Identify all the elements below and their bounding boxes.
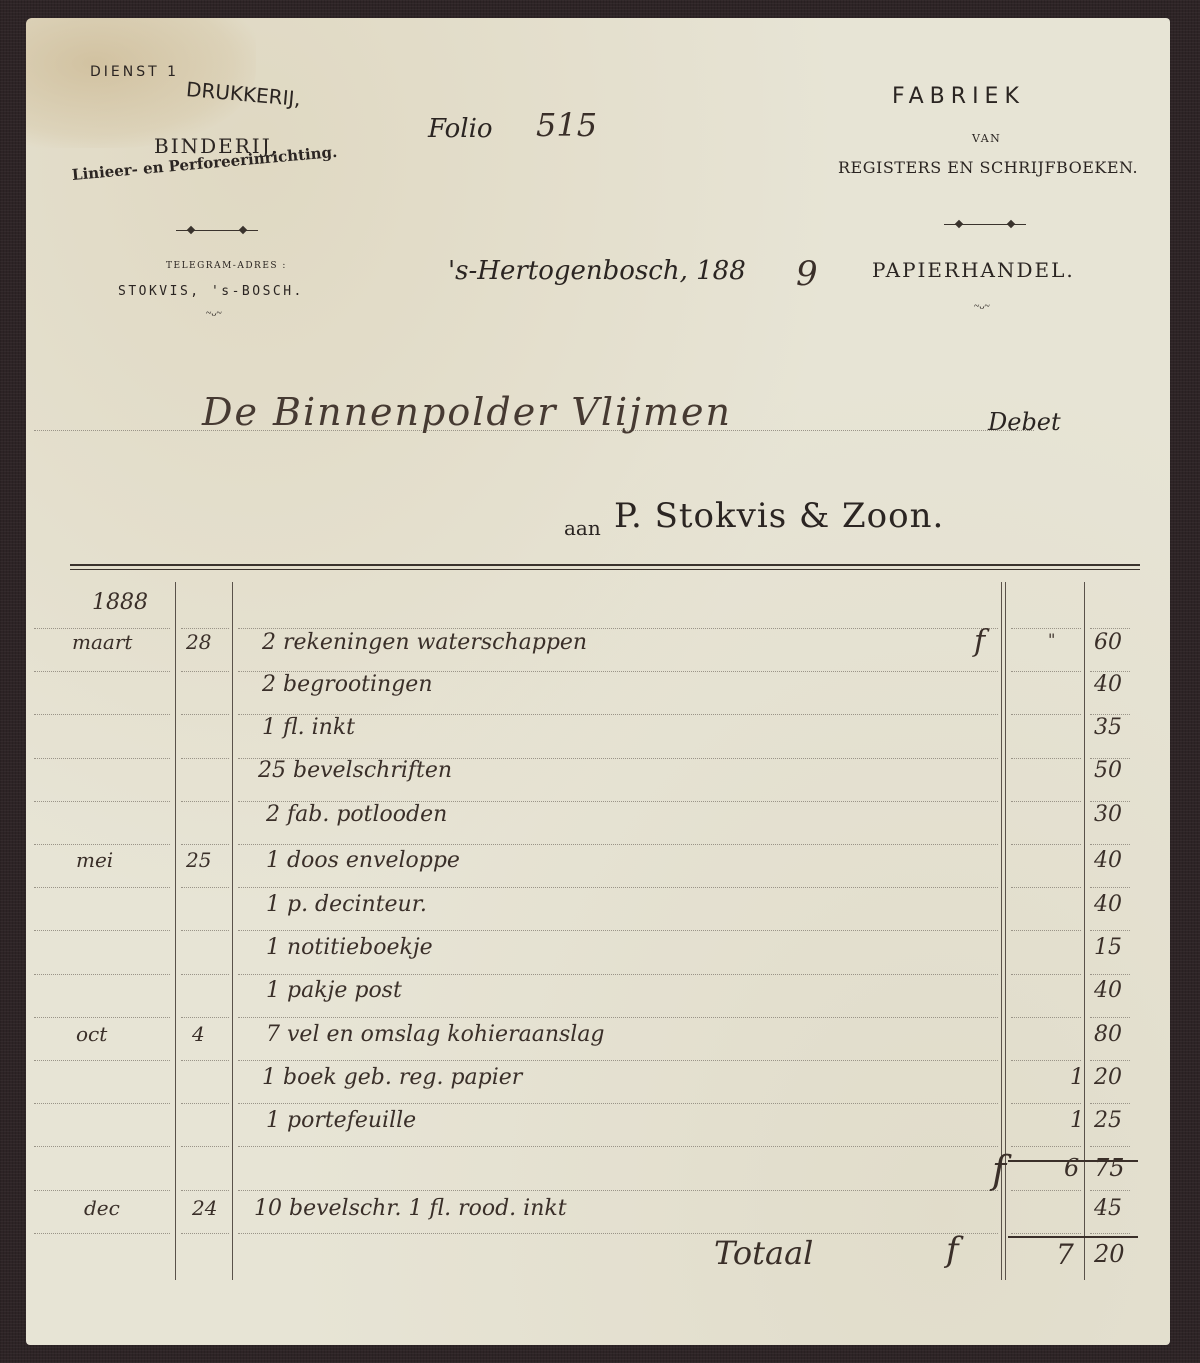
dotted-rule [34, 844, 170, 845]
dotted-rule [34, 1060, 170, 1061]
dotted-rule [181, 671, 229, 672]
dotted-rule [181, 844, 229, 845]
row-description: 1 portefeuille [266, 1108, 416, 1133]
row-month: dec [84, 1196, 120, 1220]
row-cents: 15 [1094, 935, 1122, 960]
total-currency: f [946, 1230, 959, 1270]
row-month: oct [76, 1022, 107, 1046]
row-day: 4 [192, 1022, 205, 1046]
dotted-rule [1011, 628, 1081, 629]
dotted-rule [1011, 1103, 1081, 1104]
row-guilders: 1 [1070, 1065, 1084, 1090]
row-cents: 40 [1094, 848, 1122, 873]
addressee-name: De Binnenpolder Vlijmen [202, 390, 732, 434]
dotted-rule [181, 1103, 229, 1104]
column-divider-cents [1084, 582, 1085, 1280]
row-guilders: 1 [1070, 1108, 1084, 1133]
row-cents: 40 [1094, 892, 1122, 917]
dotted-rule [181, 758, 229, 759]
row-cents: 60 [1094, 630, 1122, 655]
dotted-rule [1011, 1060, 1081, 1061]
dotted-rule [34, 671, 170, 672]
flourish-icon: ~ᴗ~ [974, 301, 990, 312]
ledger-year: 1888 [92, 590, 148, 615]
row-description: 2 begrootingen [262, 672, 433, 697]
dotted-rule [238, 930, 998, 931]
row-cents: 25 [1094, 1108, 1122, 1133]
row-cents: 30 [1094, 802, 1122, 827]
dotted-rule [1090, 1017, 1130, 1018]
folio-number: 515 [536, 106, 597, 144]
year-digit: 9 [796, 254, 818, 294]
dotted-rule [1011, 714, 1081, 715]
debet-label: Debet [988, 408, 1061, 436]
row-cents: 45 [1094, 1196, 1122, 1221]
row-cents: 50 [1094, 758, 1122, 783]
dotted-rule [34, 1146, 170, 1147]
dotted-rule [238, 1233, 998, 1234]
dotted-rule [181, 930, 229, 931]
dotted-rule [238, 628, 998, 629]
row-description: 1 pakje post [266, 978, 402, 1003]
dotted-rule [238, 1146, 998, 1147]
row-day: 24 [192, 1196, 217, 1220]
dotted-rule [181, 628, 229, 629]
dotted-rule [181, 1017, 229, 1018]
dotted-rule [34, 1017, 170, 1018]
row-cents: 40 [1094, 978, 1122, 1003]
dotted-rule [181, 1060, 229, 1061]
van-label: VAN [972, 132, 1001, 145]
dotted-rule [181, 1190, 229, 1191]
row-description: 25 bevelschriften [258, 758, 452, 783]
fabriek-label: FABRIEK [892, 84, 1025, 109]
row-description: 1 p. decinteur. [266, 892, 427, 917]
place-date: 's-Hertogenbosch, 188 [448, 256, 746, 286]
dotted-rule [238, 844, 998, 845]
dotted-rule [1011, 1190, 1081, 1191]
folio-label: Folio [428, 114, 493, 144]
subtotal-cents: 75 [1094, 1154, 1125, 1182]
dotted-rule [1011, 671, 1081, 672]
dotted-rule [181, 887, 229, 888]
dotted-rule [1011, 930, 1081, 931]
row-description: 10 bevelschr. 1 fl. rood. inkt [254, 1196, 567, 1221]
ledger-top-rule [70, 564, 1140, 566]
total-label: Totaal [714, 1234, 813, 1272]
dienst-label: DIENST 1 [90, 64, 179, 80]
ditto-mark: " [1048, 630, 1055, 649]
currency-mark: f [974, 624, 985, 659]
row-cents: 20 [1094, 1065, 1122, 1090]
aan-label: aan [564, 516, 601, 540]
dotted-rule [1011, 974, 1081, 975]
row-day: 25 [186, 848, 211, 872]
dotted-rule [34, 887, 170, 888]
row-cents: 35 [1094, 715, 1122, 740]
dotted-rule [1090, 1233, 1130, 1234]
dotted-rule [1090, 844, 1130, 845]
dotted-rule [1011, 1146, 1081, 1147]
dotted-rule [34, 1190, 170, 1191]
column-divider-day [232, 582, 233, 1280]
dotted-rule [1090, 628, 1130, 629]
row-month: maart [72, 630, 132, 654]
dotted-rule [34, 758, 170, 759]
row-description: 7 vel en omslag kohieraanslag [266, 1022, 605, 1047]
dotted-rule [1090, 887, 1130, 888]
subtotal-currency: f [992, 1148, 1006, 1192]
dotted-rule [238, 974, 998, 975]
row-description: 2 fab. potlooden [266, 802, 447, 827]
dotted-rule [1090, 1190, 1130, 1191]
row-cents: 80 [1094, 1022, 1122, 1047]
dotted-rule [1090, 974, 1130, 975]
ledger-top-rule-thin [70, 569, 1140, 570]
dotted-rule [1011, 758, 1081, 759]
dotted-rule [1090, 1146, 1130, 1147]
row-day: 28 [186, 630, 211, 654]
dotted-rule [34, 930, 170, 931]
dotted-rule [181, 714, 229, 715]
dotted-rule [1090, 1060, 1130, 1061]
invoice-paper: DIENST 1 DRUKKERIJ, BINDERIJ, Linieer- e… [26, 18, 1170, 1345]
dotted-rule [1011, 801, 1081, 802]
dotted-rule [181, 801, 229, 802]
total-cents: 20 [1094, 1240, 1125, 1268]
dotted-rule [34, 628, 170, 629]
dotted-rule [1090, 930, 1130, 931]
dotted-rule [1090, 1103, 1130, 1104]
dotted-rule [238, 1017, 998, 1018]
dotted-rule [238, 1060, 998, 1061]
row-description: 2 rekeningen waterschappen [262, 630, 587, 655]
papierhandel-label: PAPIERHANDEL. [872, 258, 1075, 282]
dotted-rule [34, 974, 170, 975]
dotted-rule [34, 1103, 170, 1104]
ornament-divider-icon [944, 224, 1026, 225]
subtotal-guilders: 6 [1064, 1154, 1079, 1182]
dotted-rule [181, 1146, 229, 1147]
dotted-rule [1011, 1017, 1081, 1018]
dotted-rule [34, 1233, 170, 1234]
row-description: 1 notitieboekje [266, 935, 433, 960]
dotted-rule [238, 887, 998, 888]
registers-label: REGISTERS EN SCHRIJFBOEKEN. [838, 158, 1138, 177]
telegram-label: TELEGRAM-ADRES : [166, 261, 287, 271]
row-description: 1 doos enveloppe [266, 848, 460, 873]
firm-name: P. Stokvis & Zoon. [614, 496, 944, 536]
telegram-address: STOKVIS, 's-BOSCH. [118, 284, 304, 299]
row-description: 1 fl. inkt [262, 715, 355, 740]
dotted-rule [1011, 887, 1081, 888]
dotted-rule [34, 801, 170, 802]
dotted-rule [181, 1233, 229, 1234]
dotted-rule [34, 714, 170, 715]
dotted-rule [238, 1103, 998, 1104]
row-month: mei [76, 848, 113, 872]
total-guilders: 7 [1056, 1238, 1074, 1271]
column-divider-month [175, 582, 176, 1280]
dotted-rule [1011, 844, 1081, 845]
row-description: 1 boek geb. reg. papier [262, 1065, 522, 1090]
dotted-rule [238, 1190, 998, 1191]
dotted-rule [1011, 1233, 1081, 1234]
dotted-rule [181, 974, 229, 975]
flourish-icon: ~ᴗ~ [206, 308, 222, 319]
row-cents: 40 [1094, 672, 1122, 697]
ornament-divider-icon [176, 230, 258, 231]
